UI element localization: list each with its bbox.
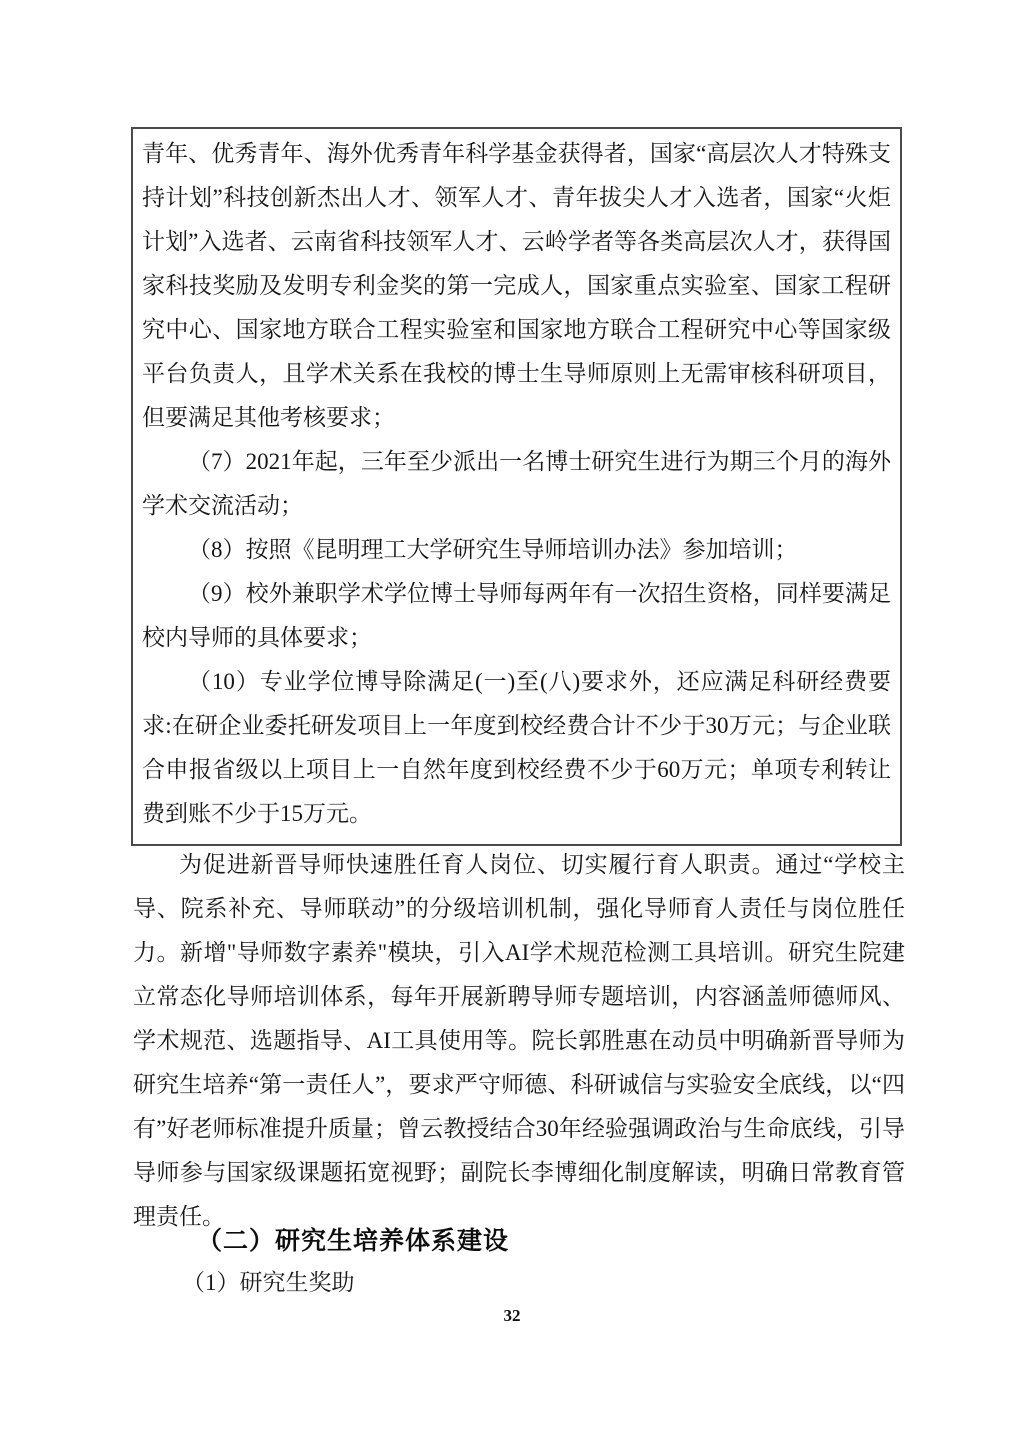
boxed-paragraph-item-8: （8）按照《昆明理工大学研究生导师培训办法》参加培训； [142, 528, 891, 572]
boxed-paragraph-item-9: （9）校外兼职学术学位博士导师每两年有一次招生资格，同样要满足校内导师的具体要求… [142, 572, 891, 660]
boxed-text-block: 青年、优秀青年、海外优秀青年科学基金获得者，国家“高层次人才特殊支持计划”科技创… [131, 127, 902, 846]
boxed-paragraph-item-7: （7）2021年起，三年至少派出一名博士研究生进行为期三个月的海外学术交流活动； [142, 440, 891, 528]
page-number: 32 [0, 1306, 1024, 1326]
subsection-item: （1）研究生奖助 [182, 1266, 355, 1300]
body-paragraph: 为促进新晋导师快速胜任育人岗位、切实履行育人职责。通过“学校主导、院系补充、导师… [133, 843, 905, 1239]
section-heading: （二）研究生培养体系建设 [197, 1224, 509, 1260]
boxed-paragraph-continuation: 青年、优秀青年、海外优秀青年科学基金获得者，国家“高层次人才特殊支持计划”科技创… [142, 132, 891, 440]
document-page: 青年、优秀青年、海外优秀青年科学基金获得者，国家“高层次人才特殊支持计划”科技创… [0, 0, 1024, 1447]
boxed-paragraph-item-10: （10）专业学位博导除满足(一)至(八)要求外，还应满足科研经费要求:在研企业委… [142, 660, 891, 836]
